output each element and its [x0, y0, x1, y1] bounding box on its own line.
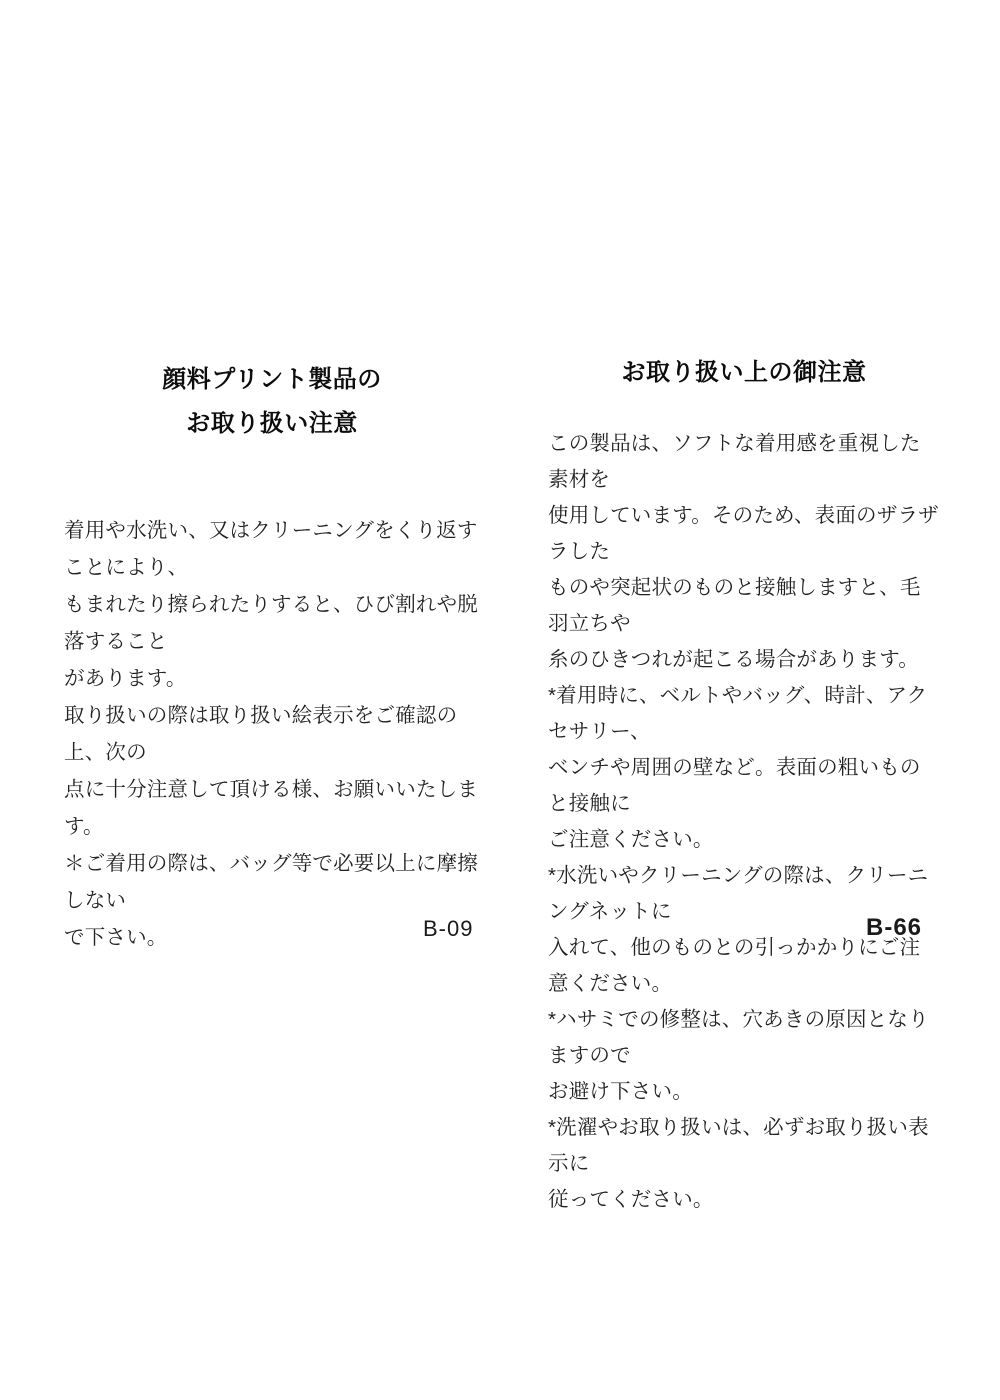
right-notice-title: お取り扱い上の御注意 [548, 358, 940, 388]
left-notice-title: 顔料プリント製品の お取り扱い注意 [64, 358, 480, 446]
care-label-sheet: 顔料プリント製品の お取り扱い注意 着用や水洗い、又はクリーニングをくり返すこと… [0, 0, 1000, 1400]
right-notice-body: この製品は、ソフトな着用感を重視した素材を 使用しています。そのため、表面のザラ… [548, 426, 940, 1218]
left-notice-code: B-09 [423, 916, 473, 942]
right-care-notice-panel: お取り扱い上の御注意 この製品は、ソフトな着用感を重視した素材を 使用しています… [548, 358, 940, 1218]
left-care-notice-panel: 顔料プリント製品の お取り扱い注意 着用や水洗い、又はクリーニングをくり返すこと… [64, 358, 480, 956]
left-notice-body: 着用や水洗い、又はクリーニングをくり返すことにより、 もまれたり擦られたりすると… [64, 512, 480, 956]
right-notice-code: B-66 [866, 914, 922, 942]
